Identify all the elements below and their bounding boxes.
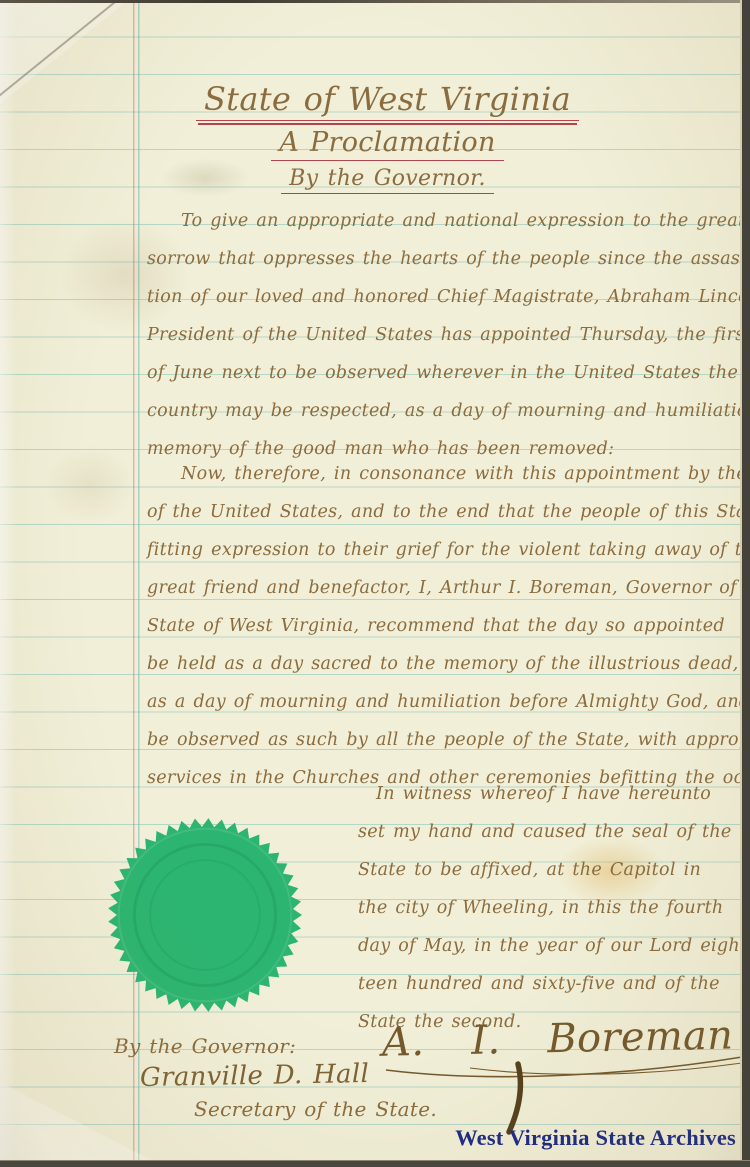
document-title: State of West Virginia xyxy=(140,80,635,121)
by-the-governor-label: By the Governor: xyxy=(114,1034,296,1058)
text-line: State to be affixed, at the Capitol in xyxy=(358,851,736,889)
text-line: great friend and benefactor, I, Arthur I… xyxy=(147,569,737,607)
text-line: Now, therefore, in consonance with this … xyxy=(147,455,737,493)
text-line: of the United States, and to the end tha… xyxy=(147,493,737,531)
paragraph-2: Now, therefore, in consonance with this … xyxy=(147,455,737,797)
text-line: President of the United States has appoi… xyxy=(147,316,737,354)
document-byline-text: By the Governor. xyxy=(281,166,494,194)
document-page: State of West Virginia A Proclamation By… xyxy=(0,0,750,1167)
secretary-signature: Granville D. Hall xyxy=(140,1059,370,1093)
text-line: as a day of mourning and humiliation bef… xyxy=(147,683,737,721)
document-subtitle: A Proclamation xyxy=(140,127,635,161)
text-line: of June next to be observed wherever in … xyxy=(147,354,737,392)
text-line: tion of our loved and honored Chief Magi… xyxy=(147,278,737,316)
document-byline: By the Governor. xyxy=(140,166,635,194)
text-line: In witness whereof I have hereunto xyxy=(358,775,736,813)
paper-stain xyxy=(45,445,135,525)
paper-crease-bottom-left xyxy=(0,1082,165,1167)
paper-crease-top-left xyxy=(0,0,128,104)
text-line: teen hundred and sixty-five and of the xyxy=(358,965,736,1003)
text-line: be observed as such by all the people of… xyxy=(147,721,737,759)
text-line: To give an appropriate and national expr… xyxy=(147,202,737,240)
text-line: State of West Virginia, recommend that t… xyxy=(147,607,737,645)
text-line: be held as a day sacred to the memory of… xyxy=(147,645,737,683)
text-line: sorrow that oppresses the hearts of the … xyxy=(147,240,737,278)
text-line: the city of Wheeling, in this the fourth xyxy=(358,889,736,927)
attestation-clause: In witness whereof I have hereunto set m… xyxy=(358,775,736,1041)
archives-watermark: West Virginia State Archives xyxy=(455,1125,736,1151)
state-seal-icon xyxy=(107,817,303,1013)
text-line: fitting expression to their grief for th… xyxy=(147,531,737,569)
text-line: country may be respected, as a day of mo… xyxy=(147,392,737,430)
document-title-text: State of West Virginia xyxy=(196,80,579,121)
secretary-title: Secretary of the State. xyxy=(194,1097,437,1121)
text-line: set my hand and caused the seal of the xyxy=(358,813,736,851)
document-edge-bottom xyxy=(0,1160,750,1167)
document-subtitle-text: A Proclamation xyxy=(271,127,503,161)
document-edge-top xyxy=(0,0,750,3)
paragraph-1: To give an appropriate and national expr… xyxy=(147,202,737,468)
text-line: day of May, in the year of our Lord eigh… xyxy=(358,927,736,965)
document-edge-right xyxy=(740,0,750,1167)
